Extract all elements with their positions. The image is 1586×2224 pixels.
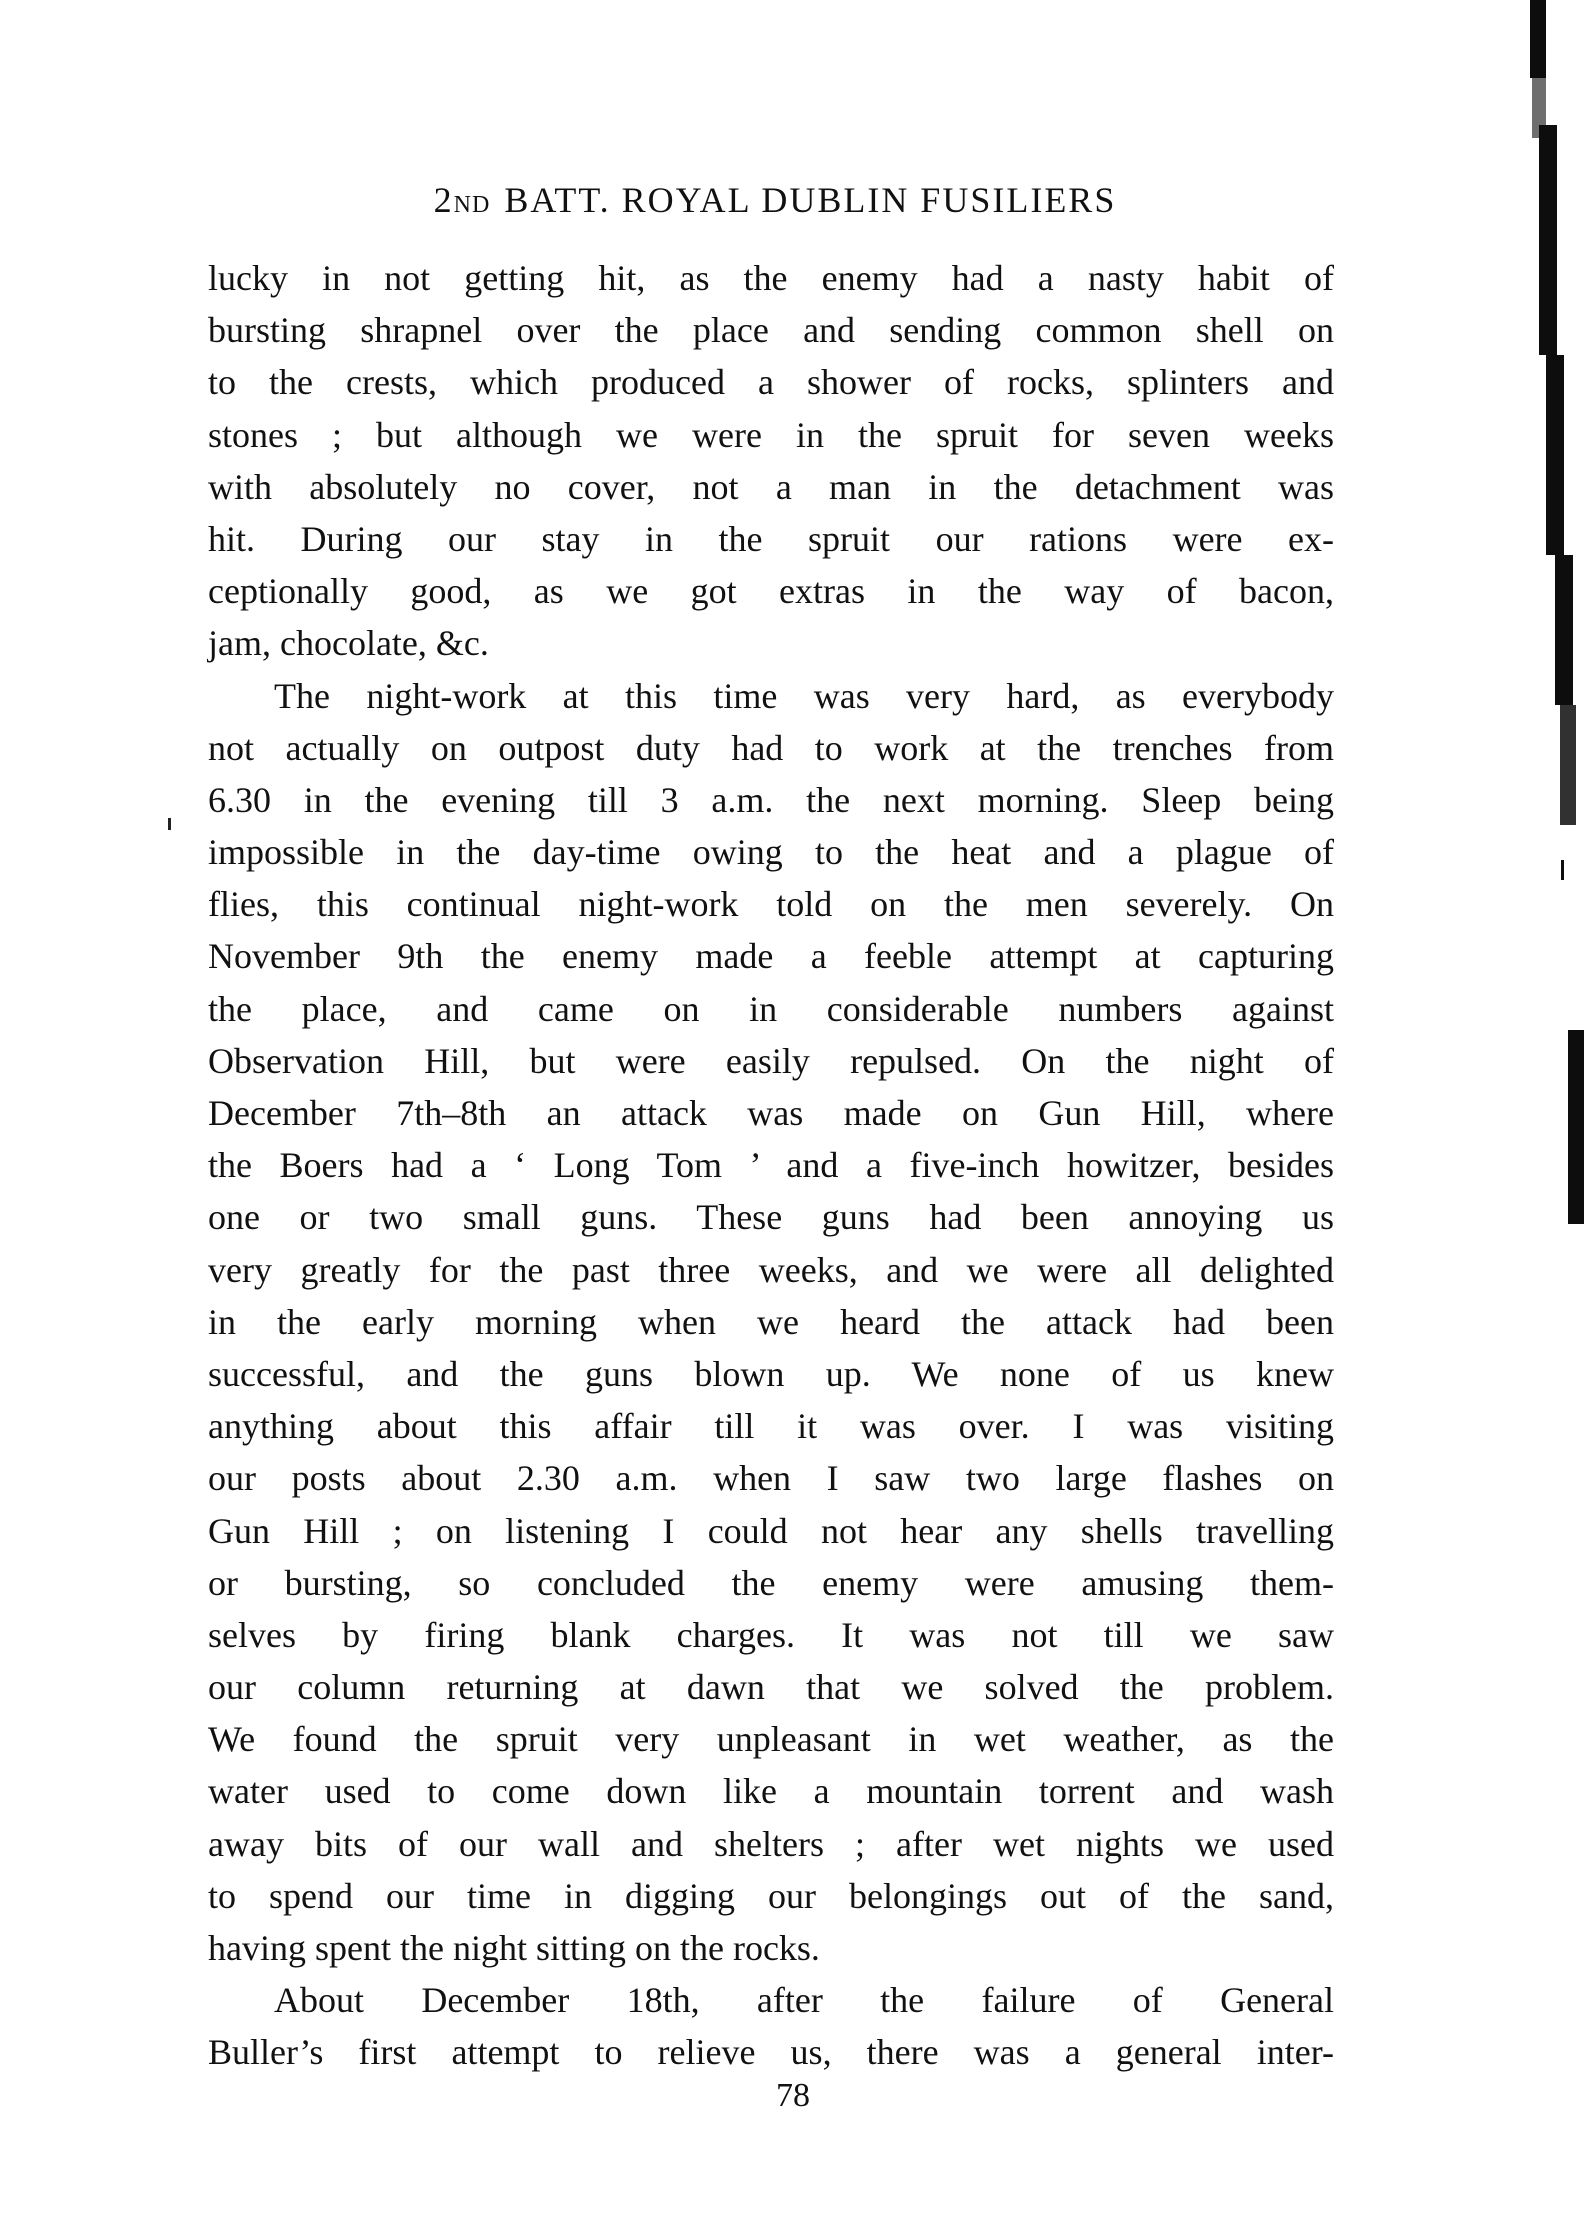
text-line: not actually on outpost duty had to work… — [208, 722, 1334, 774]
text-line: Gun Hill ; on listening I could not hear… — [208, 1505, 1334, 1557]
scan-edge-shadow — [1555, 555, 1573, 705]
text-line: one or two small guns. These guns had be… — [208, 1191, 1334, 1243]
text-line: November 9th the enemy made a feeble att… — [208, 930, 1334, 982]
text-line: The night-work at this time was very har… — [208, 670, 1334, 722]
text-line: Buller’s first attempt to relieve us, th… — [208, 2026, 1334, 2078]
text-line: in the early morning when we heard the a… — [208, 1296, 1334, 1348]
text-line: stones ; but although we were in the spr… — [208, 409, 1334, 461]
text-line: to the crests, which produced a shower o… — [208, 356, 1334, 408]
page-number: 78 — [0, 2076, 1586, 2116]
text-line: very greatly for the past three weeks, a… — [208, 1244, 1334, 1296]
text-line: to spend our time in digging our belongi… — [208, 1870, 1334, 1922]
scan-edge-shadow — [1546, 355, 1564, 555]
text-line: impossible in the day-time owing to the … — [208, 826, 1334, 878]
scan-edge-shadow — [1561, 860, 1564, 880]
scan-edge-shadow — [1560, 705, 1576, 825]
paragraph: The night-work at this time was very har… — [208, 670, 1334, 1975]
stray-mark — [168, 818, 171, 830]
body-text: lucky in not getting hit, as the enemy h… — [208, 252, 1334, 2079]
running-head-ordinal-suffix: ND — [454, 192, 491, 218]
text-line: our posts about 2.30 a.m. when I saw two… — [208, 1452, 1334, 1504]
text-line: selves by firing blank charges. It was n… — [208, 1609, 1334, 1661]
scan-edge-shadow — [1530, 0, 1546, 78]
text-line: the Boers had a ‘ Long Tom ’ and a five-… — [208, 1139, 1334, 1191]
text-line: hit. During our stay in the spruit our r… — [208, 513, 1334, 565]
text-line: December 7th–8th an attack was made on G… — [208, 1087, 1334, 1139]
scan-edge-shadow — [1568, 1030, 1584, 1224]
paragraph: About December 18th, after the failure o… — [208, 1974, 1334, 2078]
paragraph: lucky in not getting hit, as the enemy h… — [208, 252, 1334, 670]
text-line: the place, and came on in considerable n… — [208, 983, 1334, 1035]
running-head: 2NDBATT. ROYAL DUBLIN FUSILIERS — [210, 178, 1340, 227]
text-line: bursting shrapnel over the place and sen… — [208, 304, 1334, 356]
text-line: successful, and the guns blown up. We no… — [208, 1348, 1334, 1400]
text-line: We found the spruit very unpleasant in w… — [208, 1713, 1334, 1765]
text-line: ceptionally good, as we got extras in th… — [208, 565, 1334, 617]
text-line: water used to come down like a mountain … — [208, 1765, 1334, 1817]
text-line: anything about this affair till it was o… — [208, 1400, 1334, 1452]
text-line: or bursting, so concluded the enemy were… — [208, 1557, 1334, 1609]
book-page: 2NDBATT. ROYAL DUBLIN FUSILIERS lucky in… — [0, 0, 1586, 2224]
text-line: flies, this continual night-work told on… — [208, 878, 1334, 930]
running-head-title: BATT. ROYAL DUBLIN FUSILIERS — [504, 180, 1116, 220]
text-line: lucky in not getting hit, as the enemy h… — [208, 252, 1334, 304]
text-line: away bits of our wall and shelters ; aft… — [208, 1818, 1334, 1870]
running-head-numeral: 2 — [434, 180, 454, 220]
text-line: our column returning at dawn that we sol… — [208, 1661, 1334, 1713]
text-line: jam, chocolate, &c. — [208, 617, 1334, 669]
text-line: 6.30 in the evening till 3 a.m. the next… — [208, 774, 1334, 826]
scan-edge-shadow — [1539, 125, 1557, 355]
text-line: Observation Hill, but were easily repuls… — [208, 1035, 1334, 1087]
text-line: having spent the night sitting on the ro… — [208, 1922, 1334, 1974]
text-line: with absolutely no cover, not a man in t… — [208, 461, 1334, 513]
text-line: About December 18th, after the failure o… — [208, 1974, 1334, 2026]
